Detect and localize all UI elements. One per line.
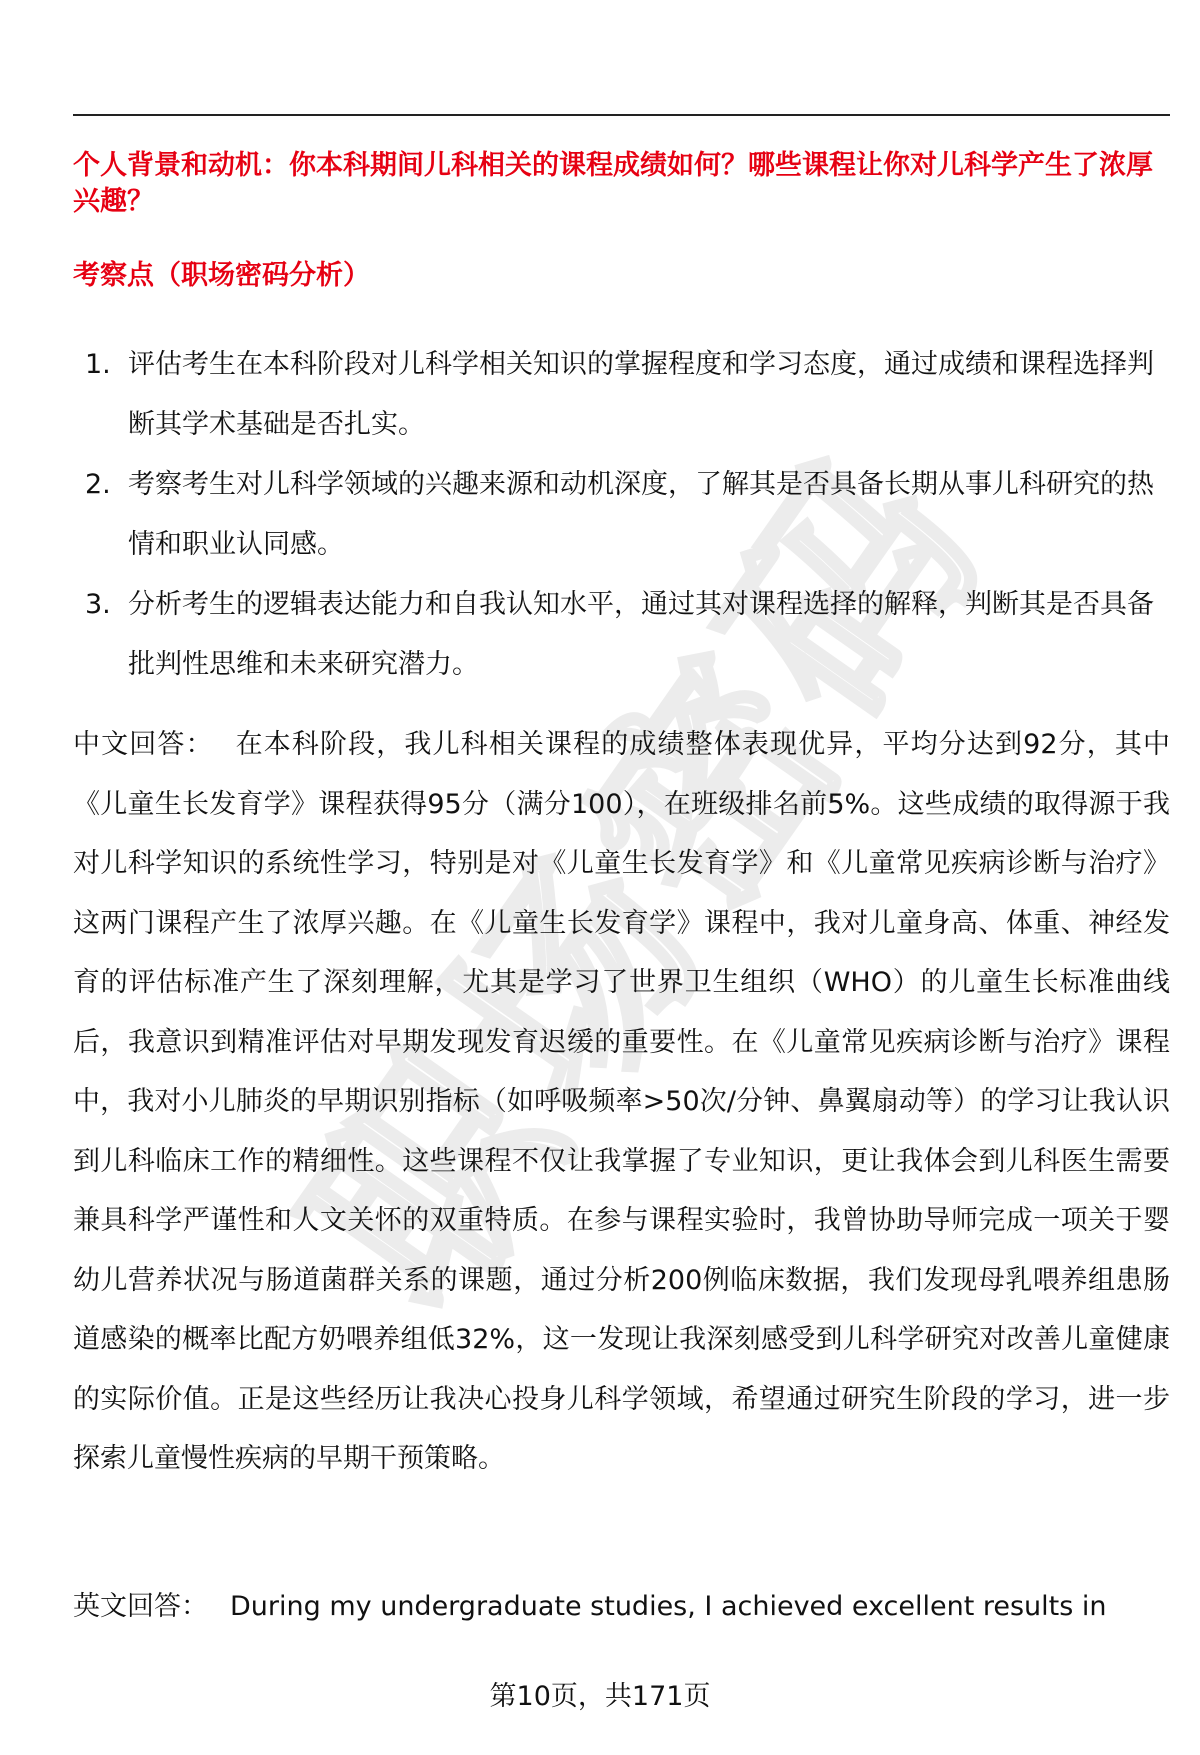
- assessment-point: 3. 分析考生的逻辑表达能力和自我认知水平，通过其对课程选择的解释，判断其是否具…: [73, 575, 1170, 695]
- point-text: 考察考生对儿科学领域的兴趣来源和动机深度，了解其是否具备长期从事儿科研究的热情和…: [128, 469, 1154, 560]
- point-number: 3.: [85, 575, 111, 635]
- chinese-answer-text: 在本科阶段，我儿科相关课程的成绩整体表现优异，平均分达到92分，其中《儿童生长发…: [73, 729, 1170, 1474]
- chinese-answer-label: 中文回答：: [73, 729, 214, 760]
- point-number: 1.: [85, 335, 111, 395]
- chinese-answer: 中文回答：在本科阶段，我儿科相关课程的成绩整体表现优异，平均分达到92分，其中《…: [73, 715, 1170, 1489]
- header-divider: [73, 114, 1170, 116]
- assessment-point: 2. 考察考生对儿科学领域的兴趣来源和动机深度，了解其是否具备长期从事儿科研究的…: [73, 455, 1170, 575]
- english-answer-text: During my undergraduate studies, I achie…: [230, 1591, 1107, 1622]
- question-title: 个人背景和动机：你本科期间儿科相关的课程成绩如何？哪些课程让你对儿科学产生了浓厚…: [73, 148, 1163, 220]
- point-text: 评估考生在本科阶段对儿科学相关知识的掌握程度和学习态度，通过成绩和课程选择判断其…: [128, 349, 1154, 440]
- english-answer: 英文回答：During my undergraduate studies, I …: [73, 1587, 1170, 1627]
- page-number: 第10页，共171页: [0, 1677, 1200, 1717]
- document-page: 职场密码 个人背景和动机：你本科期间儿科相关的课程成绩如何？哪些课程让你对儿科学…: [0, 0, 1200, 1755]
- point-text: 分析考生的逻辑表达能力和自我认知水平，通过其对课程选择的解释，判断其是否具备批判…: [128, 589, 1154, 680]
- assessment-points-list: 1. 评估考生在本科阶段对儿科学相关知识的掌握程度和学习态度，通过成绩和课程选择…: [73, 335, 1170, 695]
- point-number: 2.: [85, 455, 111, 515]
- english-answer-label: 英文回答：: [73, 1591, 208, 1622]
- assessment-point: 1. 评估考生在本科阶段对儿科学相关知识的掌握程度和学习态度，通过成绩和课程选择…: [73, 335, 1170, 455]
- analysis-subheading: 考察点（职场密码分析）: [73, 258, 370, 294]
